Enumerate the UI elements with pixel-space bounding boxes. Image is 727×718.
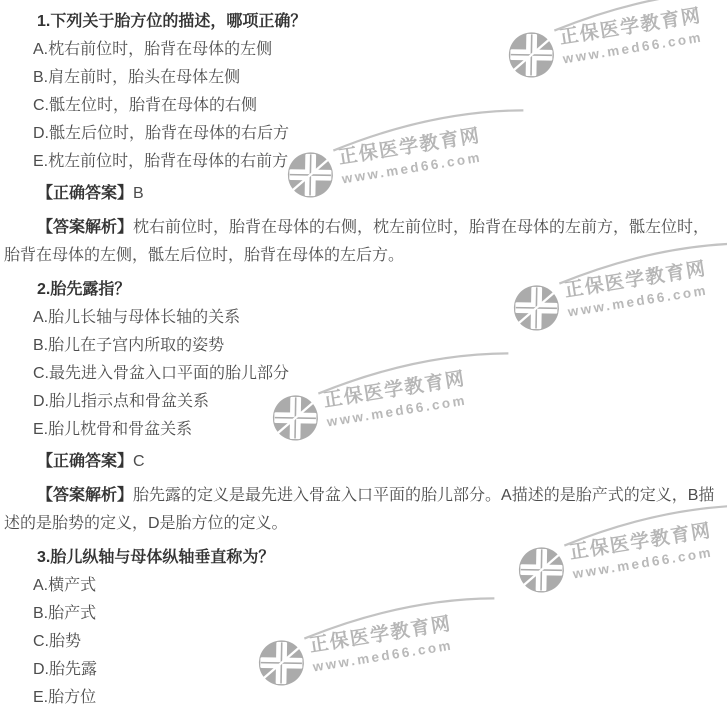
question-3-option-c: C.胎势 xyxy=(4,628,723,656)
question-2-analysis-line-2: 述的是胎势的定义，D是胎方位的定义。 xyxy=(4,510,723,538)
question-1-option-a: A.枕右前位时，胎背在母体的左侧 xyxy=(4,36,723,64)
question-3-stem: 3.胎儿纵轴与母体纵轴垂直称为？ xyxy=(4,544,723,572)
question-1-analysis-line-2: 胎背在母体的左侧，骶左后位时，胎背在母体的左后方。 xyxy=(4,242,723,270)
question-3-option-e: E.胎方位 xyxy=(4,684,723,712)
question-2-option-a: A.胎儿长轴与母体长轴的关系 xyxy=(4,304,723,332)
analysis-label: 【答案解析】 xyxy=(37,487,133,504)
question-1-option-e: E.枕左前位时，胎背在母体的右前方 xyxy=(4,148,723,176)
question-1-option-b: B.肩左前时，胎头在母体左侧 xyxy=(4,64,723,92)
correct-answer-label: 【正确答案】 xyxy=(37,185,133,202)
question-1-option-d: D.骶左后位时，胎背在母体的右后方 xyxy=(4,120,723,148)
question-3-option-a: A.横产式 xyxy=(4,572,723,600)
question-1-stem: 1.下列关于胎方位的描述，哪项正确？ xyxy=(4,8,723,36)
question-2-analysis-line-1: 【答案解析】胎先露的定义是最先进入骨盆入口平面的胎儿部分。A描述的是胎产式的定义… xyxy=(4,482,723,510)
question-3-option-b: B.胎产式 xyxy=(4,600,723,628)
question-1-analysis-line-1: 【答案解析】枕右前位时，胎背在母体的右侧，枕左前位时，胎背在母体的左前方，骶左位… xyxy=(4,214,723,242)
question-2-option-b: B.胎儿在子宫内所取的姿势 xyxy=(4,332,723,360)
correct-answer-label: 【正确答案】 xyxy=(37,453,133,470)
question-2-option-c: C.最先进入骨盆入口平面的胎儿部分 xyxy=(4,360,723,388)
analysis-text: 枕右前位时，胎背在母体的右侧，枕左前位时，胎背在母体的左前方，骶左位时， xyxy=(133,219,709,236)
question-2-option-e: E.胎儿枕骨和骨盆关系 xyxy=(4,416,723,444)
correct-answer-value: B xyxy=(133,185,144,202)
question-2-stem: 2.胎先露指？ xyxy=(4,276,723,304)
analysis-text: 胎先露的定义是最先进入骨盆入口平面的胎儿部分。A描述的是胎产式的定义，B描 xyxy=(133,487,714,504)
question-3-option-d: D.胎先露 xyxy=(4,656,723,684)
correct-answer-value: C xyxy=(133,453,145,470)
question-1-answer-line: 【正确答案】B xyxy=(4,180,723,208)
analysis-label: 【答案解析】 xyxy=(37,219,133,236)
question-1-option-c: C.骶左位时，胎背在母体的右侧 xyxy=(4,92,723,120)
question-list: 1.下列关于胎方位的描述，哪项正确？ A.枕右前位时，胎背在母体的左侧 B.肩左… xyxy=(0,0,727,712)
exam-document-page: 正保医学教育网 www.med66.com 正保医学教育网 www.med66.… xyxy=(0,0,727,718)
question-2-option-d: D.胎儿指示点和骨盆关系 xyxy=(4,388,723,416)
question-2-answer-line: 【正确答案】C xyxy=(4,448,723,476)
